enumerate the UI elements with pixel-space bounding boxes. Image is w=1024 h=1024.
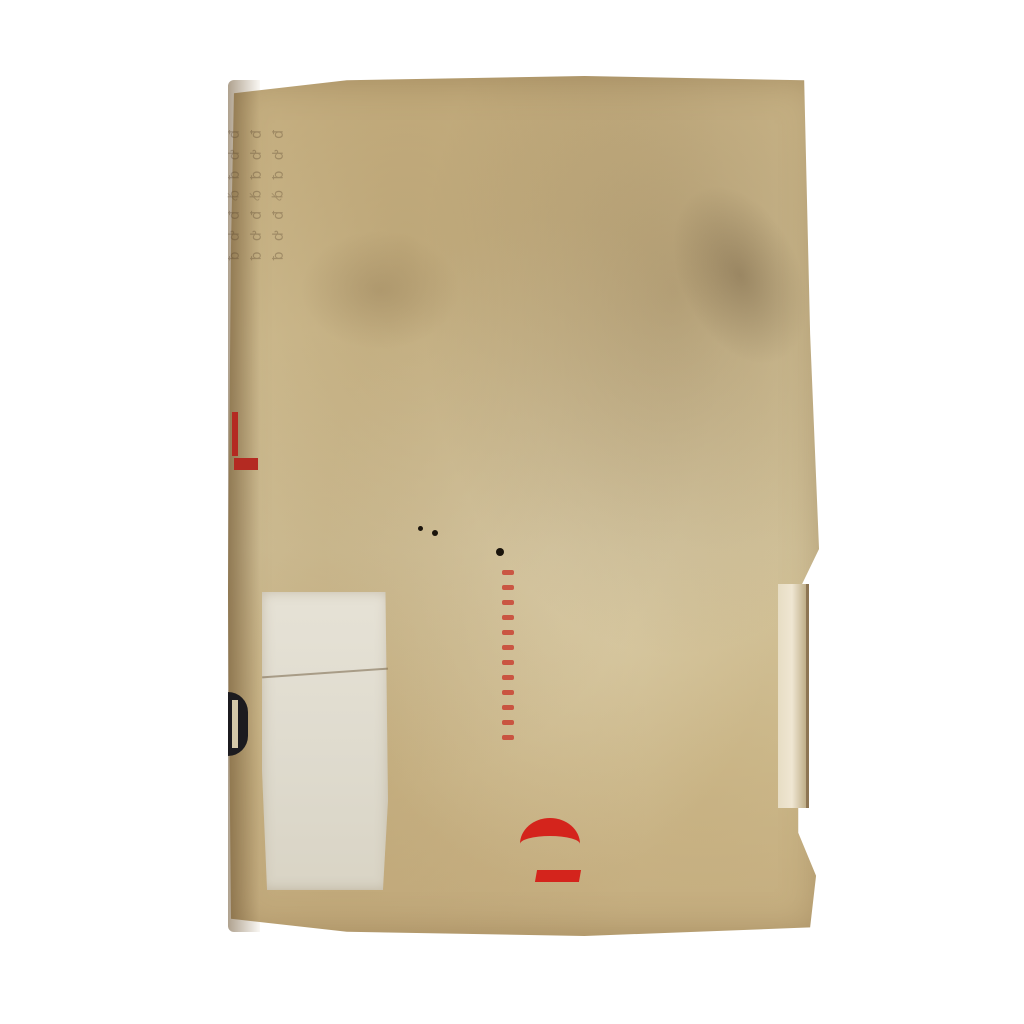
red-initial-letter xyxy=(520,818,580,870)
red-rubric-mark xyxy=(234,458,258,470)
red-rubric-mark xyxy=(232,412,238,456)
red-rubric-mark xyxy=(535,870,581,882)
photo-stage: ꝑ ꝓ ꝗ ꝙ ꝑ ꝓ ꝗ ꝑ ꝓ ꝗ ꝙ ꝑ ꝓ ꝗ ꝑ ꝓ ꝗ ꝙ ꝑ ꝓ … xyxy=(0,0,1024,1024)
ink-spot xyxy=(496,548,504,556)
paper-shelf-label xyxy=(262,592,388,890)
spine-tag xyxy=(228,692,248,756)
image-description: A worn limp vellum binding reusing a med… xyxy=(0,0,1,1)
water-stain xyxy=(300,230,460,350)
red-rubric-column xyxy=(488,560,528,850)
faded-manuscript-text: ꝑ ꝓ ꝗ ꝙ ꝑ ꝓ ꝗ ꝑ ꝓ ꝗ ꝙ ꝑ ꝓ ꝗ ꝑ ꝓ ꝗ ꝙ ꝑ ꝓ … xyxy=(224,130,290,370)
spine-tag-mark xyxy=(232,700,238,748)
page-fore-edge xyxy=(778,584,809,808)
ink-spot xyxy=(432,530,438,536)
ink-spot xyxy=(418,526,423,531)
